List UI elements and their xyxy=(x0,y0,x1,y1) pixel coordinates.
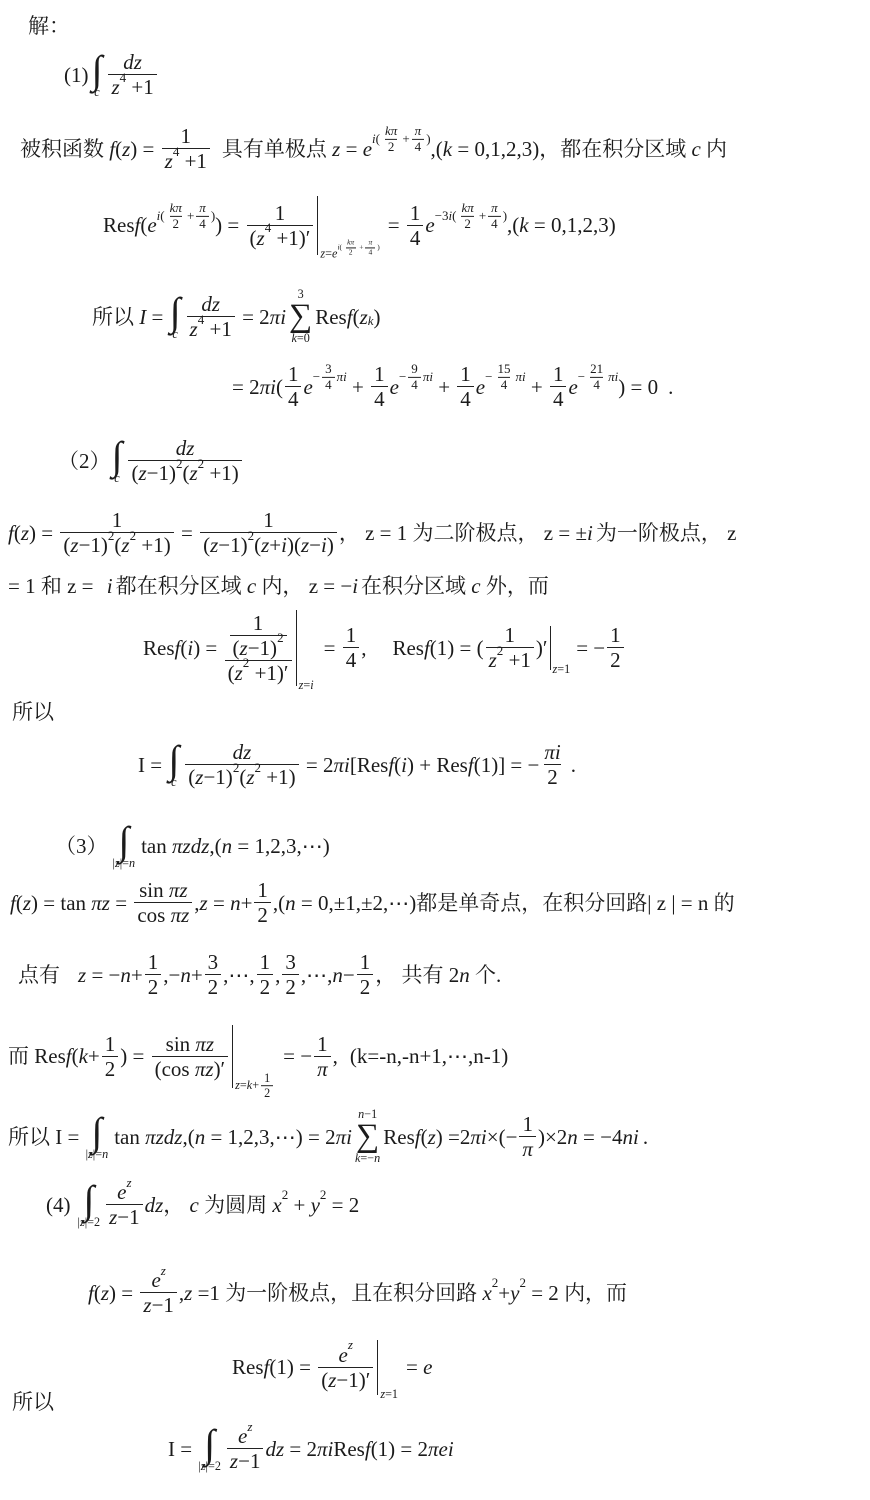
math-run: 2 xyxy=(519,1276,526,1291)
math-run: πi xyxy=(423,370,433,385)
fraction-numerator: kπ xyxy=(167,201,185,216)
math-run: 1 xyxy=(460,362,471,386)
math-run: 1 xyxy=(374,362,385,386)
spacer xyxy=(103,74,106,75)
math-run: 1 xyxy=(105,1032,116,1056)
integral-lower-limit: |z|=2 xyxy=(198,1459,221,1473)
math-run: 1 xyxy=(263,508,274,532)
superscript: 2 xyxy=(277,631,284,646)
evaluation-point: z=1 xyxy=(380,1386,398,1400)
math-run: πz xyxy=(171,903,190,927)
math-run: 1 xyxy=(505,623,516,647)
fraction-denominator: 4 xyxy=(407,225,424,250)
summation: n−1∑k=−n xyxy=(355,1108,380,1166)
integral: ∫c xyxy=(112,437,123,485)
integral-lower-limit: c xyxy=(94,85,99,99)
math-run: 4 xyxy=(346,648,357,672)
math-run: ( xyxy=(276,375,283,399)
fraction-denominator: 4 xyxy=(590,377,603,393)
fraction: 12 xyxy=(145,950,162,999)
fraction-numerator: ez xyxy=(235,1424,255,1448)
fraction-denominator: 4 xyxy=(285,386,302,411)
integral-sign: ∫ xyxy=(168,741,179,779)
summation: 3∑k=0 xyxy=(289,288,312,346)
math-run: + xyxy=(131,963,143,987)
text-run: 所以 xyxy=(12,1390,54,1414)
math-run: +1) xyxy=(136,533,171,557)
math-run: , xyxy=(275,963,280,987)
math-run: z xyxy=(727,521,736,545)
problem-1-sum: 所以 I = ∫cdzz4 +1 = 2πi3∑k=0Resf(zk) xyxy=(92,288,381,346)
math-run: 2 xyxy=(610,648,621,672)
text-run: 都是单奇点，在积分回路 xyxy=(416,891,647,915)
math-run: πi xyxy=(336,1125,352,1149)
math-run: tan xyxy=(114,1125,145,1149)
fraction-denominator: 2 xyxy=(385,139,398,155)
superscript: z xyxy=(348,1338,353,1353)
math-run: dz xyxy=(265,1437,284,1461)
text-run: 被积函数 xyxy=(20,137,109,161)
math-run: ,( xyxy=(507,213,519,237)
fraction-numerator: sin πz xyxy=(163,1032,217,1056)
math-run: 2 xyxy=(148,975,159,999)
math-run: z xyxy=(348,1338,353,1353)
math-run: kπ xyxy=(347,239,354,248)
math-run: πi xyxy=(470,1125,486,1149)
evaluation-bar: z=k+12 xyxy=(232,1025,275,1088)
spacer xyxy=(99,586,107,587)
math-run: Res xyxy=(143,636,175,660)
fraction-numerator: π xyxy=(196,201,209,216)
text-run: ，都在积分区域 xyxy=(539,137,691,161)
math-run: 1 xyxy=(181,124,192,148)
fraction: 1(z4 +1)′ xyxy=(247,201,314,250)
fraction-numerator: 3 xyxy=(205,950,222,974)
math-run: ) = 0 xyxy=(618,375,658,399)
math-run: 3 xyxy=(208,950,219,974)
math-run: = 1,2,3,⋯) = 2 xyxy=(205,1125,335,1149)
math-run: c xyxy=(171,775,176,789)
fraction-numerator: 3 xyxy=(282,950,299,974)
math-run: = − xyxy=(576,636,605,660)
fraction: 14 xyxy=(343,623,360,672)
text-run: 具有单极点 xyxy=(222,137,332,161)
fraction-denominator: 4 xyxy=(550,386,567,411)
fraction-numerator: 1 xyxy=(285,362,302,386)
integral: ∫c xyxy=(92,51,103,99)
math-run: ( xyxy=(72,1044,79,1068)
fraction-denominator: 4 xyxy=(196,216,209,232)
math-run: z xyxy=(78,963,86,987)
fraction: 1π xyxy=(519,1112,536,1161)
superscript: −214πi xyxy=(578,362,619,393)
math-run: 4 xyxy=(173,145,180,160)
math-run: = xyxy=(176,521,198,545)
math-run: e xyxy=(303,375,312,399)
math-run: 1 xyxy=(360,950,371,974)
math-run: πz xyxy=(91,891,110,915)
fraction-denominator: (z2 +1)′ xyxy=(225,660,292,685)
fraction-denominator: 2 xyxy=(461,216,474,232)
math-run: n xyxy=(285,891,296,915)
fraction-numerator: πi xyxy=(541,740,563,764)
integral-sign: ∫ xyxy=(92,51,103,89)
fraction-numerator: 1 xyxy=(145,950,162,974)
fraction: 12 xyxy=(607,623,624,672)
math-run: 2 xyxy=(108,529,115,544)
math-run: x xyxy=(482,1281,491,1305)
math-run: 1 xyxy=(317,1032,328,1056)
math-run: = 2 xyxy=(232,375,260,399)
superscript: 2 xyxy=(497,644,504,659)
math-run: ( xyxy=(353,305,360,329)
text-run: 所以 xyxy=(8,1125,55,1149)
fraction-denominator: 4 xyxy=(498,377,511,393)
math-run: e xyxy=(568,375,577,399)
fraction-denominator: z4 +1 xyxy=(108,74,156,99)
text-run: 在积分区域 xyxy=(361,574,471,598)
math-run: e xyxy=(151,1268,160,1292)
math-run: c xyxy=(471,574,480,598)
fraction-denominator: 2 xyxy=(145,974,162,999)
math-run: 2 xyxy=(198,457,205,472)
integral-sign: ∫ xyxy=(91,1113,102,1151)
math-run: ) =2 xyxy=(436,1125,471,1149)
math-run: π xyxy=(522,1137,533,1161)
math-run: 2 xyxy=(173,217,180,232)
math-run: )( xyxy=(287,533,301,557)
fraction-denominator: 2 xyxy=(254,902,271,927)
fraction-denominator: 4 xyxy=(343,647,360,672)
math-run: z xyxy=(121,533,129,557)
text-run: 为圆周 xyxy=(199,1193,273,1217)
math-run: + xyxy=(479,209,486,224)
math-run: ,( xyxy=(431,137,443,161)
math-run: ) = tan xyxy=(31,891,91,915)
fraction: πi2 xyxy=(541,740,563,789)
math-run: e xyxy=(363,137,372,161)
spacer xyxy=(398,1367,406,1368)
math-run: 1 xyxy=(253,611,264,635)
integral-lower-limit: c xyxy=(114,471,119,485)
spacer xyxy=(222,1448,225,1449)
math-run: = 2 xyxy=(237,305,270,329)
text-run: ， xyxy=(163,1193,189,1217)
math-run: − xyxy=(309,533,321,557)
fraction: π4 xyxy=(365,239,375,257)
fraction-denominator: 4 xyxy=(412,139,425,155)
fraction-numerator: π xyxy=(365,239,375,248)
fraction: 14 xyxy=(371,362,388,411)
problem-3-poles: 点有z = −n+12,−n+32,⋯,12,32,⋯,n−12， 共有 2n … xyxy=(18,950,501,999)
math-run: + xyxy=(402,132,409,147)
math-run: +1 xyxy=(126,75,154,99)
fraction: π4 xyxy=(412,124,425,155)
math-run: ( xyxy=(250,226,257,250)
superscript: 4 xyxy=(120,71,127,86)
fraction-numerator: kπ xyxy=(344,239,357,248)
integral-sign: ∫ xyxy=(118,822,129,860)
fraction-denominator: 2 xyxy=(357,974,374,999)
math-run: z xyxy=(190,317,198,341)
math-run: ,( xyxy=(209,834,221,858)
fraction-numerator: 1 xyxy=(457,362,474,386)
math-run: +1 xyxy=(503,648,531,672)
superscript: 2 xyxy=(519,1276,526,1291)
evaluation-bar-rule xyxy=(296,610,297,686)
math-run: ( xyxy=(421,1125,428,1149)
suoyi-label-1: 所以 xyxy=(12,700,54,724)
problem-2-poles: = 1 和 z = i都在积分区域 c 内， z = −i在积分区域 c 外，而 xyxy=(8,574,549,598)
text-run: 而 xyxy=(8,1044,34,1068)
math-run: ,( xyxy=(182,1125,194,1149)
fraction: ez(z−1)′ xyxy=(318,1343,373,1392)
fraction: 1(z−1)2 xyxy=(230,611,287,660)
math-run: x xyxy=(272,1193,281,1217)
summation-sign: ∑ xyxy=(356,1121,379,1152)
text-run: 所以 xyxy=(12,700,54,724)
fraction-denominator: 2 xyxy=(607,647,624,672)
superscript: i(kπ2+π4) xyxy=(157,201,216,232)
integral-sign: ∫ xyxy=(170,293,181,331)
math-run: z xyxy=(184,1281,192,1305)
math-run: ( xyxy=(140,213,147,237)
fraction: ezz−1 xyxy=(140,1268,177,1317)
math-run: ( xyxy=(376,132,380,147)
problem-2-function: f(z) = 1(z−1)2(z2 +1) = 1(z−1)2(z+i)(z−i… xyxy=(8,508,736,557)
math-run: z xyxy=(489,648,497,672)
math-run: −1)′ xyxy=(336,1368,370,1392)
math-run: e xyxy=(476,375,485,399)
math-run: | z | = n xyxy=(647,891,713,915)
math-run: 1 xyxy=(610,623,621,647)
math-run: z xyxy=(161,1263,166,1278)
math-run: = 2 xyxy=(284,1437,317,1461)
fraction-denominator: z−1 xyxy=(106,1204,143,1229)
problem-1-result: = 2πi(14e−34πi + 14e−94πi + 14e−154πi + … xyxy=(232,362,673,411)
spacer xyxy=(182,316,185,317)
math-run: = xyxy=(324,636,341,660)
math-run: ) = xyxy=(29,521,58,545)
math-run: z xyxy=(109,1205,117,1229)
math-run: ,⋯, xyxy=(223,963,255,987)
fraction: 34 xyxy=(322,362,335,393)
math-run: ( xyxy=(16,891,23,915)
problem-2-residues: Resf(i) = 1(z−1)2(z2 +1)′z=i= 14,Resf(1)… xyxy=(143,610,626,686)
solution-label: 解： xyxy=(28,14,70,38)
math-run: y xyxy=(510,1281,519,1305)
math-run: = xyxy=(406,1355,423,1379)
problem-4-integral: (4)∫|z|=2ezz−1dz， c 为圆周 x2 + y2 = 2 xyxy=(46,1180,359,1229)
fraction-denominator: π xyxy=(314,1056,331,1081)
math-run: = xyxy=(340,137,362,161)
math-run: 1 xyxy=(288,362,299,386)
superscript: 2 xyxy=(282,1188,289,1203)
math-run: =− xyxy=(360,1152,374,1165)
math-run: sin xyxy=(139,878,169,902)
math-run: −1) xyxy=(218,533,247,557)
math-run: −1 xyxy=(117,1205,139,1229)
math-run: . xyxy=(643,1125,648,1149)
evaluation-bar-rule xyxy=(232,1025,233,1088)
math-run: 2 xyxy=(547,765,558,789)
math-run: = 1,2,3,⋯) xyxy=(232,834,330,858)
fraction-numerator: 1 xyxy=(314,1032,331,1056)
fraction-numerator: 1 xyxy=(250,611,267,635)
math-run: ( xyxy=(94,1281,101,1305)
fraction: dzz4 +1 xyxy=(187,292,235,341)
math-run: tan xyxy=(141,834,172,858)
math-run: 2 xyxy=(255,761,262,776)
math-run: c xyxy=(190,1193,199,1217)
math-run: sin xyxy=(166,1032,196,1056)
math-run: = − xyxy=(283,1044,312,1068)
superscript: 2 xyxy=(233,761,240,776)
fraction-denominator: 2 xyxy=(102,1056,119,1081)
math-run: ( xyxy=(452,209,456,224)
math-run: 1 xyxy=(257,878,268,902)
fraction-denominator: (cos πz)′ xyxy=(152,1056,229,1081)
fraction-denominator: 2 xyxy=(261,1085,273,1100)
math-run: ) xyxy=(374,305,381,329)
math-run: z xyxy=(70,533,78,557)
fraction-numerator: 1 xyxy=(102,1032,119,1056)
fraction-numerator: 3 xyxy=(322,362,335,377)
superscript: 2 xyxy=(108,529,115,544)
problem-2-result: I = ∫cdz(z−1)2(z2 +1) = 2πi[Resf(i) + Re… xyxy=(138,740,576,789)
math-run: n xyxy=(180,963,191,987)
math-run: 2 xyxy=(464,217,471,232)
fraction-numerator: ez xyxy=(336,1343,356,1367)
math-run: n xyxy=(230,891,241,915)
math-run: kπ xyxy=(385,124,397,139)
fraction-denominator: 2 xyxy=(282,974,299,999)
problem-3-result: 所以 I = ∫|z|=ntan πzdz,(n = 1,2,3,⋯) = 2π… xyxy=(8,1108,648,1166)
math-run: z xyxy=(235,661,243,685)
math-run: z xyxy=(165,149,173,173)
math-run: k xyxy=(79,1044,88,1068)
text-run: 外，而 xyxy=(481,574,549,598)
math-run: e xyxy=(423,1355,432,1379)
math-run: 15 xyxy=(497,362,510,377)
math-run: π xyxy=(491,201,498,216)
math-run: 4 xyxy=(198,313,205,328)
math-run: − xyxy=(343,963,355,987)
math-run: 2 xyxy=(243,656,250,671)
evaluation-bar-rule xyxy=(317,196,318,255)
fraction: 1z4 +1 xyxy=(162,124,210,173)
fraction: sin πzcos πz xyxy=(134,878,192,927)
math-run: 1 xyxy=(275,201,286,225)
fraction-numerator: 21 xyxy=(587,362,606,377)
summation-lower-limit: k=0 xyxy=(291,332,309,345)
math-run: πi xyxy=(515,370,525,385)
math-run: − xyxy=(313,370,320,385)
math-run: = xyxy=(110,891,132,915)
math-run: 2 xyxy=(492,1276,499,1291)
fraction-denominator: 4 xyxy=(322,377,335,393)
math-run: z xyxy=(230,1449,238,1473)
math-run: z xyxy=(428,1125,436,1149)
math-run: = −4 xyxy=(578,1125,623,1149)
fraction-numerator: 1(z−1)2 xyxy=(225,611,292,660)
fraction-numerator: sin πz xyxy=(136,878,190,902)
math-run: −1) xyxy=(203,765,232,789)
math-run: Res xyxy=(333,1437,365,1461)
math-run: −1 xyxy=(238,1449,260,1473)
math-run: n xyxy=(195,1125,206,1149)
math-run: i xyxy=(310,677,313,691)
math-run: z xyxy=(257,226,265,250)
fraction-numerator: 1 xyxy=(257,950,274,974)
math-run: 2 xyxy=(176,457,183,472)
fraction-numerator: 1 xyxy=(254,878,271,902)
math-run: . xyxy=(668,375,673,399)
evaluation-bar-rule xyxy=(550,626,551,670)
math-run: z xyxy=(111,75,119,99)
math-run: 4 xyxy=(593,378,600,393)
spacer xyxy=(658,386,668,387)
math-run: π xyxy=(199,201,206,216)
math-run: kπ xyxy=(170,201,182,216)
math-run: I = xyxy=(55,1125,84,1149)
problem-1-analysis: 被积函数 f(z) = 1z4 +1具有单极点 z = ei(kπ2+π4),(… xyxy=(20,124,727,173)
summation-lower-limit: k=−n xyxy=(355,1152,380,1165)
math-run: )′ xyxy=(214,1057,226,1081)
problem-1-residue: Resf(ei(kπ2+π4)) = 1(z4 +1)′z=ei(kπ2+π4)… xyxy=(103,196,616,255)
math-run: ) = xyxy=(120,1044,149,1068)
fraction: 154 xyxy=(494,362,513,393)
math-run: 3 xyxy=(325,362,332,377)
fraction-numerator: π xyxy=(412,124,425,139)
math-run: πi xyxy=(260,375,276,399)
math-run: c xyxy=(114,471,119,485)
spacer xyxy=(180,764,183,765)
math-run: ) + Res xyxy=(407,753,468,777)
math-run: 2 xyxy=(388,140,395,155)
fraction: 32 xyxy=(282,950,299,999)
math-run: −3 xyxy=(435,209,449,224)
math-run: −1 xyxy=(152,1293,174,1317)
math-run: z xyxy=(122,137,130,161)
math-run: 9 xyxy=(411,362,418,377)
math-run: πi xyxy=(270,305,286,329)
fraction: dz(z−1)2(z2 +1) xyxy=(185,740,298,789)
math-run: e xyxy=(117,1180,126,1204)
fraction: 1(z−1)2(z2 +1) xyxy=(60,508,173,557)
math-run: 2 xyxy=(449,963,460,987)
math-run: 2 xyxy=(349,249,353,258)
fraction-numerator: 15 xyxy=(494,362,513,377)
fraction: π4 xyxy=(488,201,501,232)
math-run: e xyxy=(425,213,434,237)
math-run: |=2 xyxy=(206,1459,221,1473)
math-run: = xyxy=(388,213,405,237)
math-run: −1) xyxy=(248,636,277,660)
math-run: e xyxy=(390,375,399,399)
fraction: 14 xyxy=(550,362,567,411)
math-run: (k=-n,-n+1,⋯,n-1) xyxy=(350,1044,508,1068)
superscript: 2 xyxy=(130,529,137,544)
fraction: 94 xyxy=(408,362,421,393)
superscript: 4 xyxy=(198,313,205,328)
fraction: ezz−1 xyxy=(227,1424,264,1473)
math-run: z xyxy=(21,521,29,545)
math-run: 4 xyxy=(265,221,272,236)
math-run: 2 xyxy=(257,903,268,927)
math-run: z xyxy=(328,1368,336,1392)
problem-4-result: I = ∫|z|=2ezz−1dz = 2πiResf(1) = 2πei xyxy=(168,1424,454,1473)
